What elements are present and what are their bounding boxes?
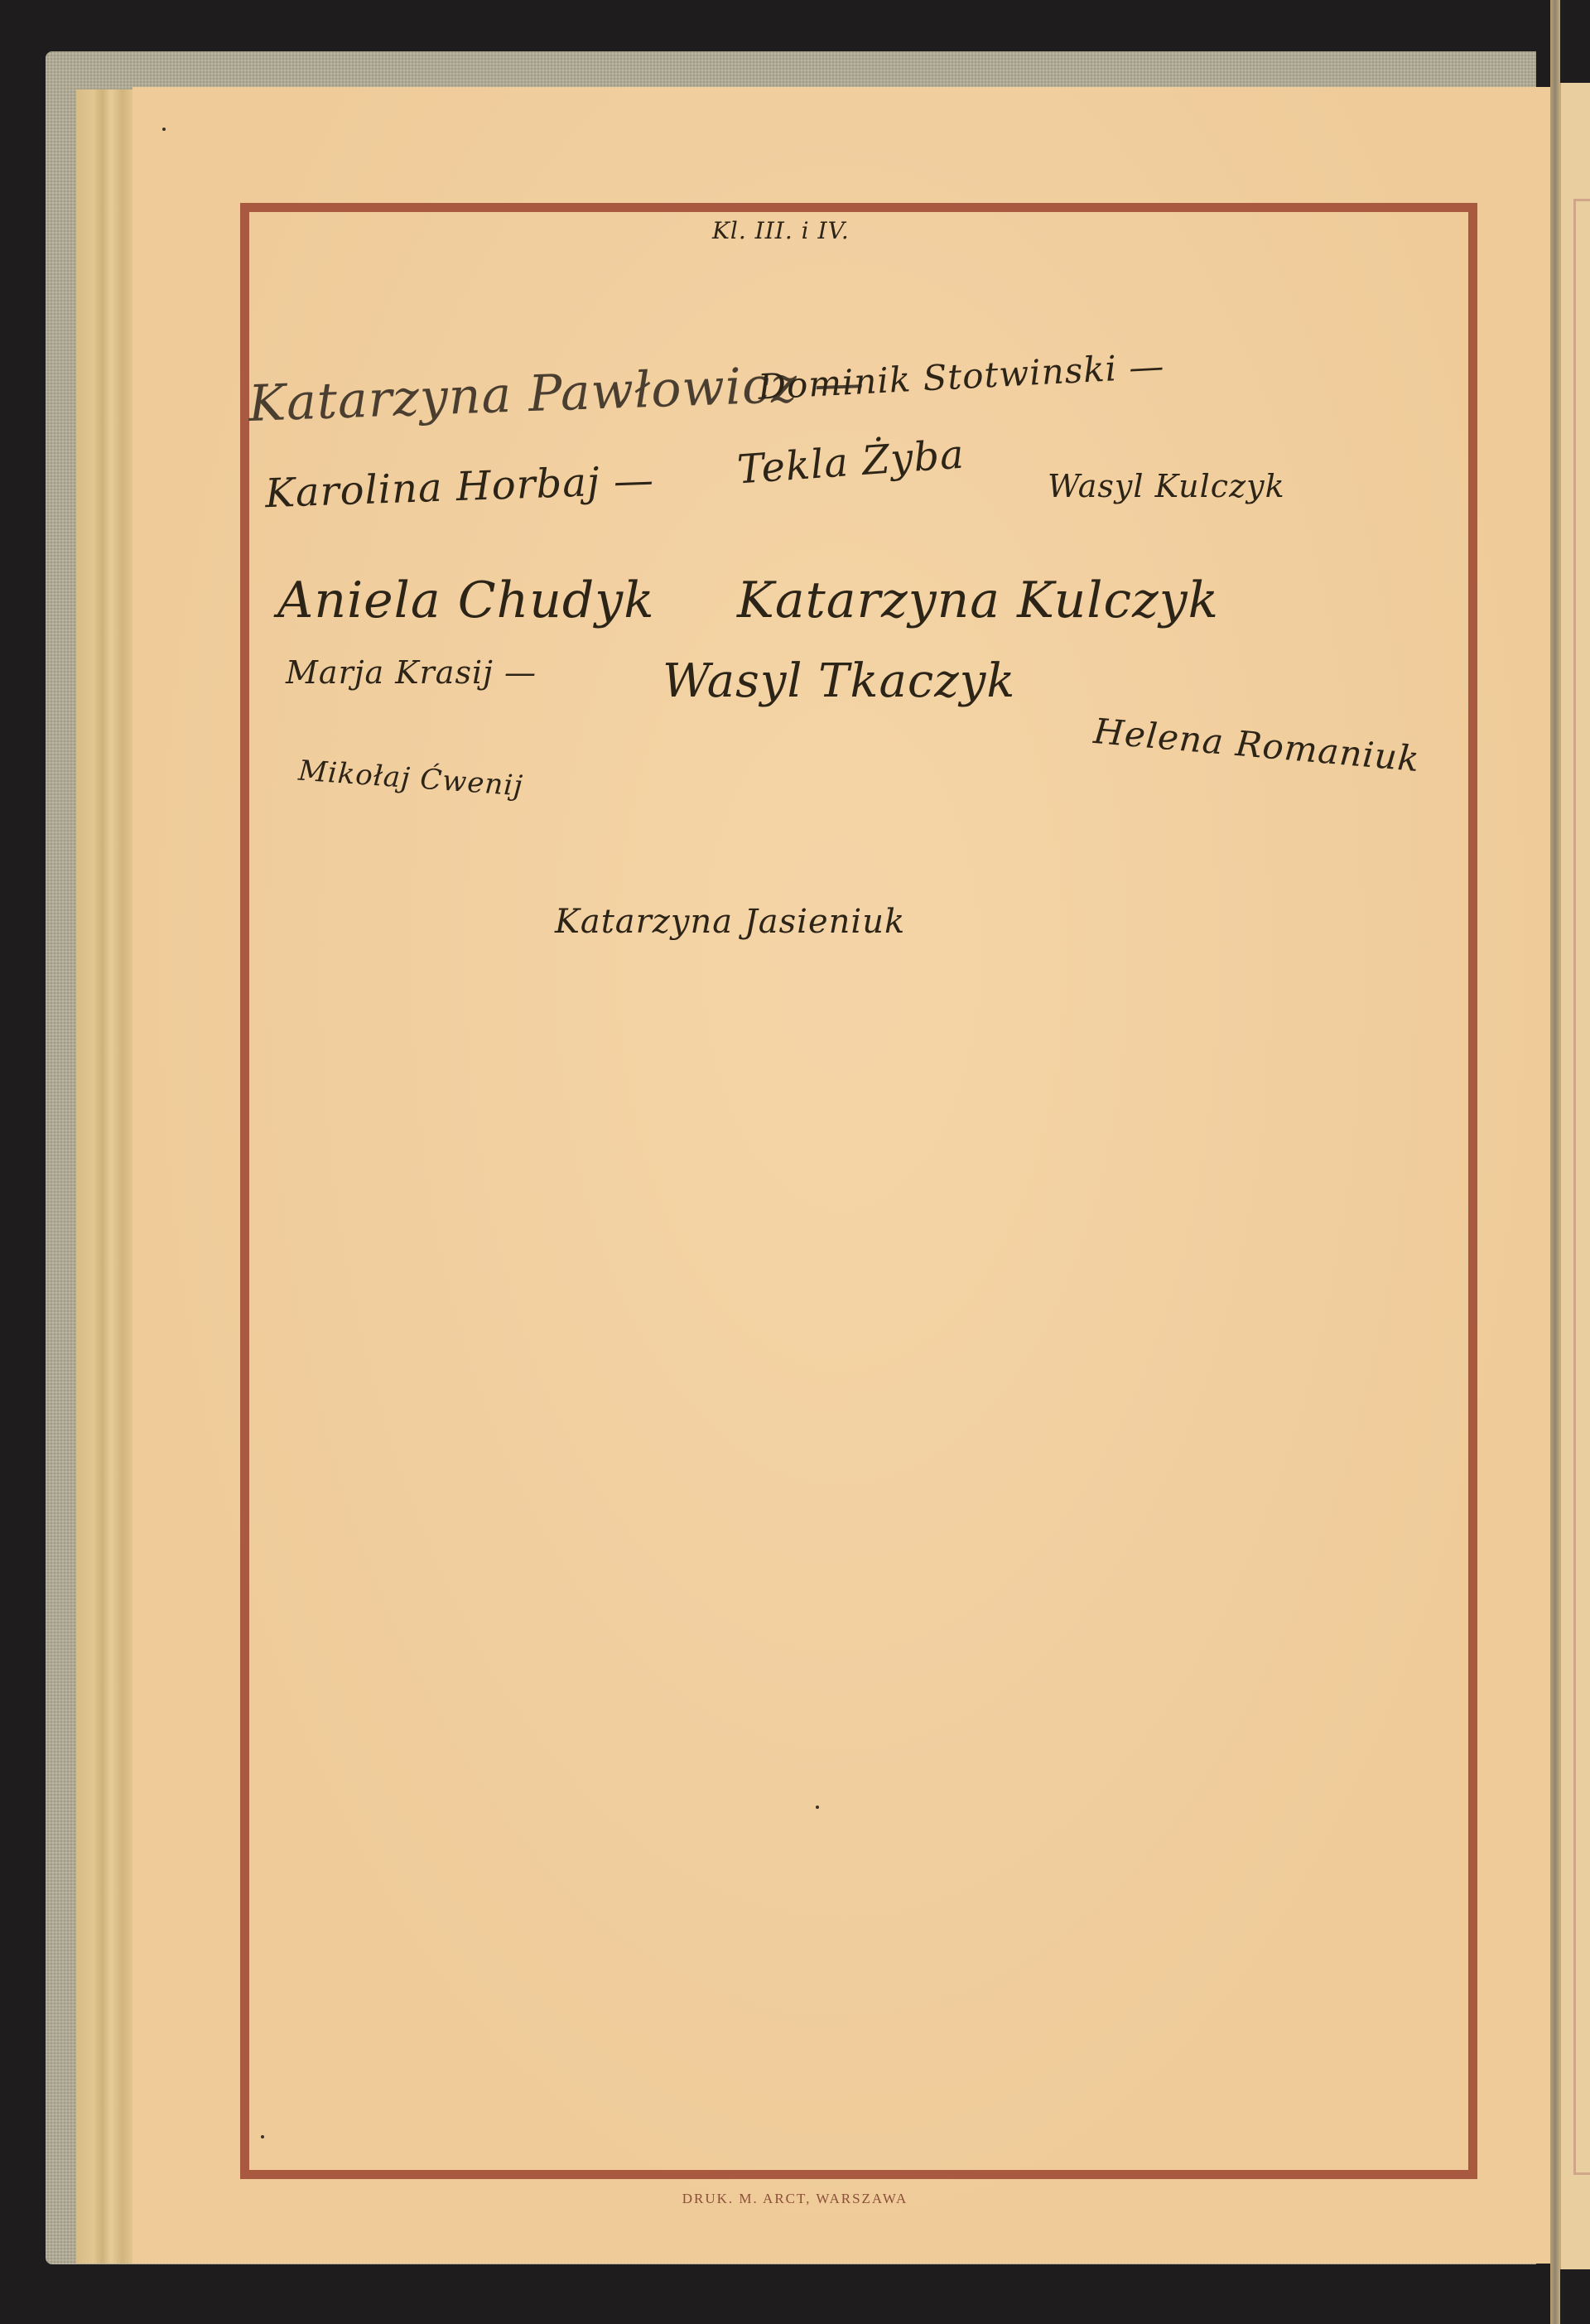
- next-page-frame: [1573, 199, 1590, 2175]
- book-gutter: [1550, 0, 1560, 2324]
- class-heading: Kl. III. i IV.: [712, 217, 850, 244]
- page-edges: [76, 89, 134, 2264]
- signature: Aniela Chudyk: [277, 571, 655, 629]
- signature: Wasyl Tkaczyk: [662, 654, 1015, 708]
- signature: Katarzyna Kulczyk: [737, 571, 1219, 629]
- ink-speck: [162, 128, 166, 131]
- signature: Katarzyna Jasieniuk: [555, 903, 905, 941]
- printer-imprint: DRUK. M. ARCT, WARSZAWA: [0, 2191, 1590, 2207]
- signature: Marja Krasij —: [286, 654, 537, 691]
- ink-speck: [816, 1806, 819, 1809]
- ink-speck: [261, 2135, 264, 2138]
- signature: Wasyl Kulczyk: [1048, 468, 1285, 504]
